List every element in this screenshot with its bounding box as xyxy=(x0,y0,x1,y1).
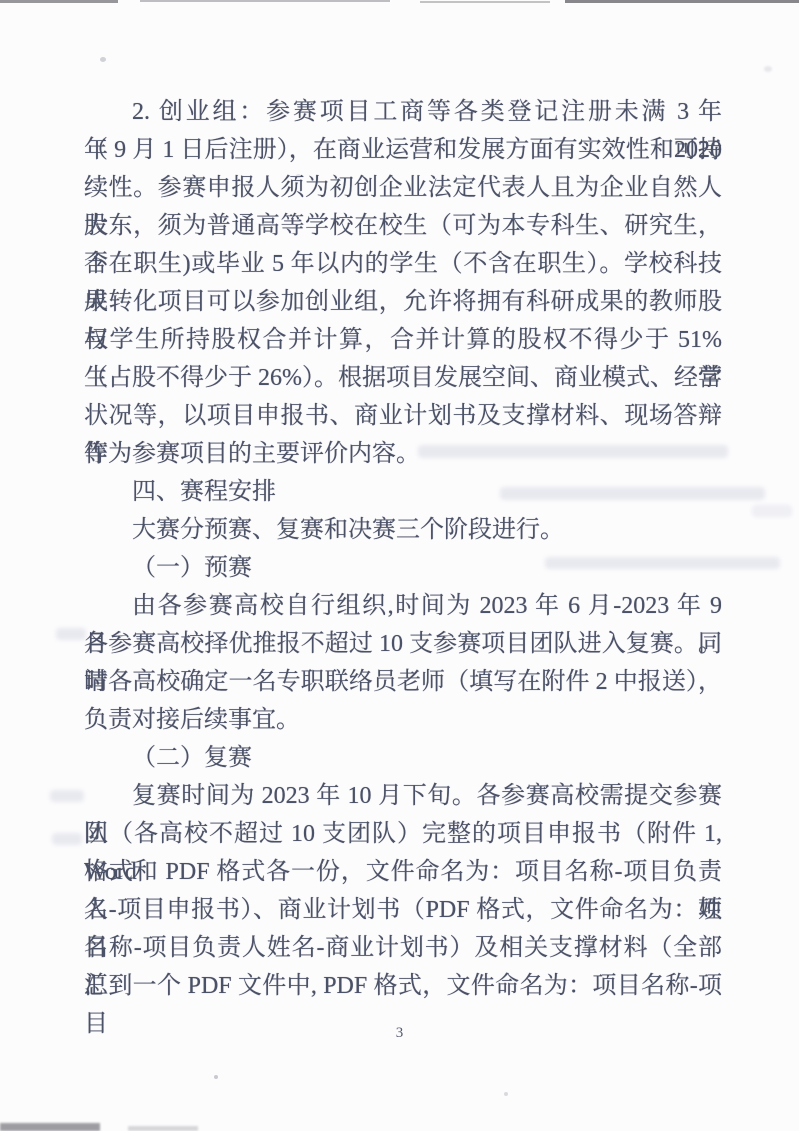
scanned-document-page: 2. 创业组：参赛项目工商等各类登记注册未满 3 年（2020年 9 月 1 日… xyxy=(0,0,799,1131)
text-line: 续性。参赛申报人须为初创企业法定代表人且为企业自然人大 xyxy=(84,169,722,207)
ink-bleed-ghost xyxy=(56,628,86,640)
text-line: （二）复赛 xyxy=(84,739,722,777)
text-line: 果转化项目可以参加创业组，允许将拥有科研成果的教师股权 xyxy=(84,283,722,321)
text-line: 队（各高校不超过 10 支团队）完整的项目申报书（附件 1, Word xyxy=(84,815,722,853)
ink-bleed-ghost xyxy=(50,790,84,802)
text-line: 年 9 月 1 日后注册），在商业运营和发展方面有实效性和可持 xyxy=(84,131,722,169)
text-line: 负责对接后续事宜。 xyxy=(84,701,722,739)
page-number: 3 xyxy=(0,1025,799,1042)
text-line: 名称-项目负责人姓名-商业计划书）及相关支撑材料（全部汇 xyxy=(84,929,722,967)
text-line: 含在职生)或毕业 5 年以内的学生（不含在职生）。学校科技成 xyxy=(84,245,722,283)
scan-artifact-top-edge xyxy=(0,0,118,3)
document-body-text: 2. 创业组：参赛项目工商等各类登记注册未满 3 年（2020年 9 月 1 日… xyxy=(84,93,722,1005)
ink-bleed-ghost xyxy=(752,505,792,517)
dust-speck xyxy=(214,1075,218,1079)
text-line: 作为参赛项目的主要评价内容。 xyxy=(84,435,722,473)
text-line: 由各参赛高校自行组织,时间为 2023 年 6 月-2023 年 9 月。 xyxy=(84,587,722,625)
text-line: 复赛时间为 2023 年 10 月下旬。各参赛高校需提交参赛团 xyxy=(84,777,722,815)
text-line: 总到一个 PDF 文件中, PDF 格式，文件命名为：项目名称-项目 xyxy=(84,967,722,1005)
dust-speck xyxy=(764,66,772,72)
text-line: 与学生所持股权合并计算，合并计算的股权不得少于 51%（学 xyxy=(84,321,722,359)
dust-speck xyxy=(504,1092,508,1096)
ink-bleed-ghost xyxy=(52,833,82,845)
scan-artifact-top-edge xyxy=(140,0,390,2)
text-line: 各参赛高校择优推报不超过 10 支参赛项目团队进入复赛。同时 xyxy=(84,625,722,663)
text-line: 大赛分预赛、复赛和决赛三个阶段进行。 xyxy=(84,511,722,549)
scan-artifact-bottom-smudge xyxy=(128,1126,198,1131)
text-line: 四、赛程安排 xyxy=(84,473,722,511)
text-line: 2. 创业组：参赛项目工商等各类登记注册未满 3 年（2020 xyxy=(84,93,722,131)
dust-speck xyxy=(100,57,106,62)
text-line: 生占股不得少于 26%）。根据项目发展空间、商业模式、经营 xyxy=(84,359,722,397)
text-line: （一）预赛 xyxy=(84,549,722,587)
text-line: 名-项目申报书）、商业计划书（PDF 格式，文件命名为：项目 xyxy=(84,891,722,929)
text-line: 请各高校确定一名专职联络员老师（填写在附件 2 中报送）， xyxy=(84,663,722,701)
scan-artifact-bottom-smudge xyxy=(0,1123,100,1131)
scan-artifact-top-edge xyxy=(565,0,799,3)
text-line: 格式和 PDF 格式各一份，文件命名为：项目名称-项目负责人姓 xyxy=(84,853,722,891)
text-line: 状况等，以项目申报书、商业计划书及支撑材料、现场答辩等 xyxy=(84,397,722,435)
scan-artifact-top-edge xyxy=(420,1,550,3)
text-line: 股东，须为普通高等学校在校生（可为本专科生、研究生，不 xyxy=(84,207,722,245)
